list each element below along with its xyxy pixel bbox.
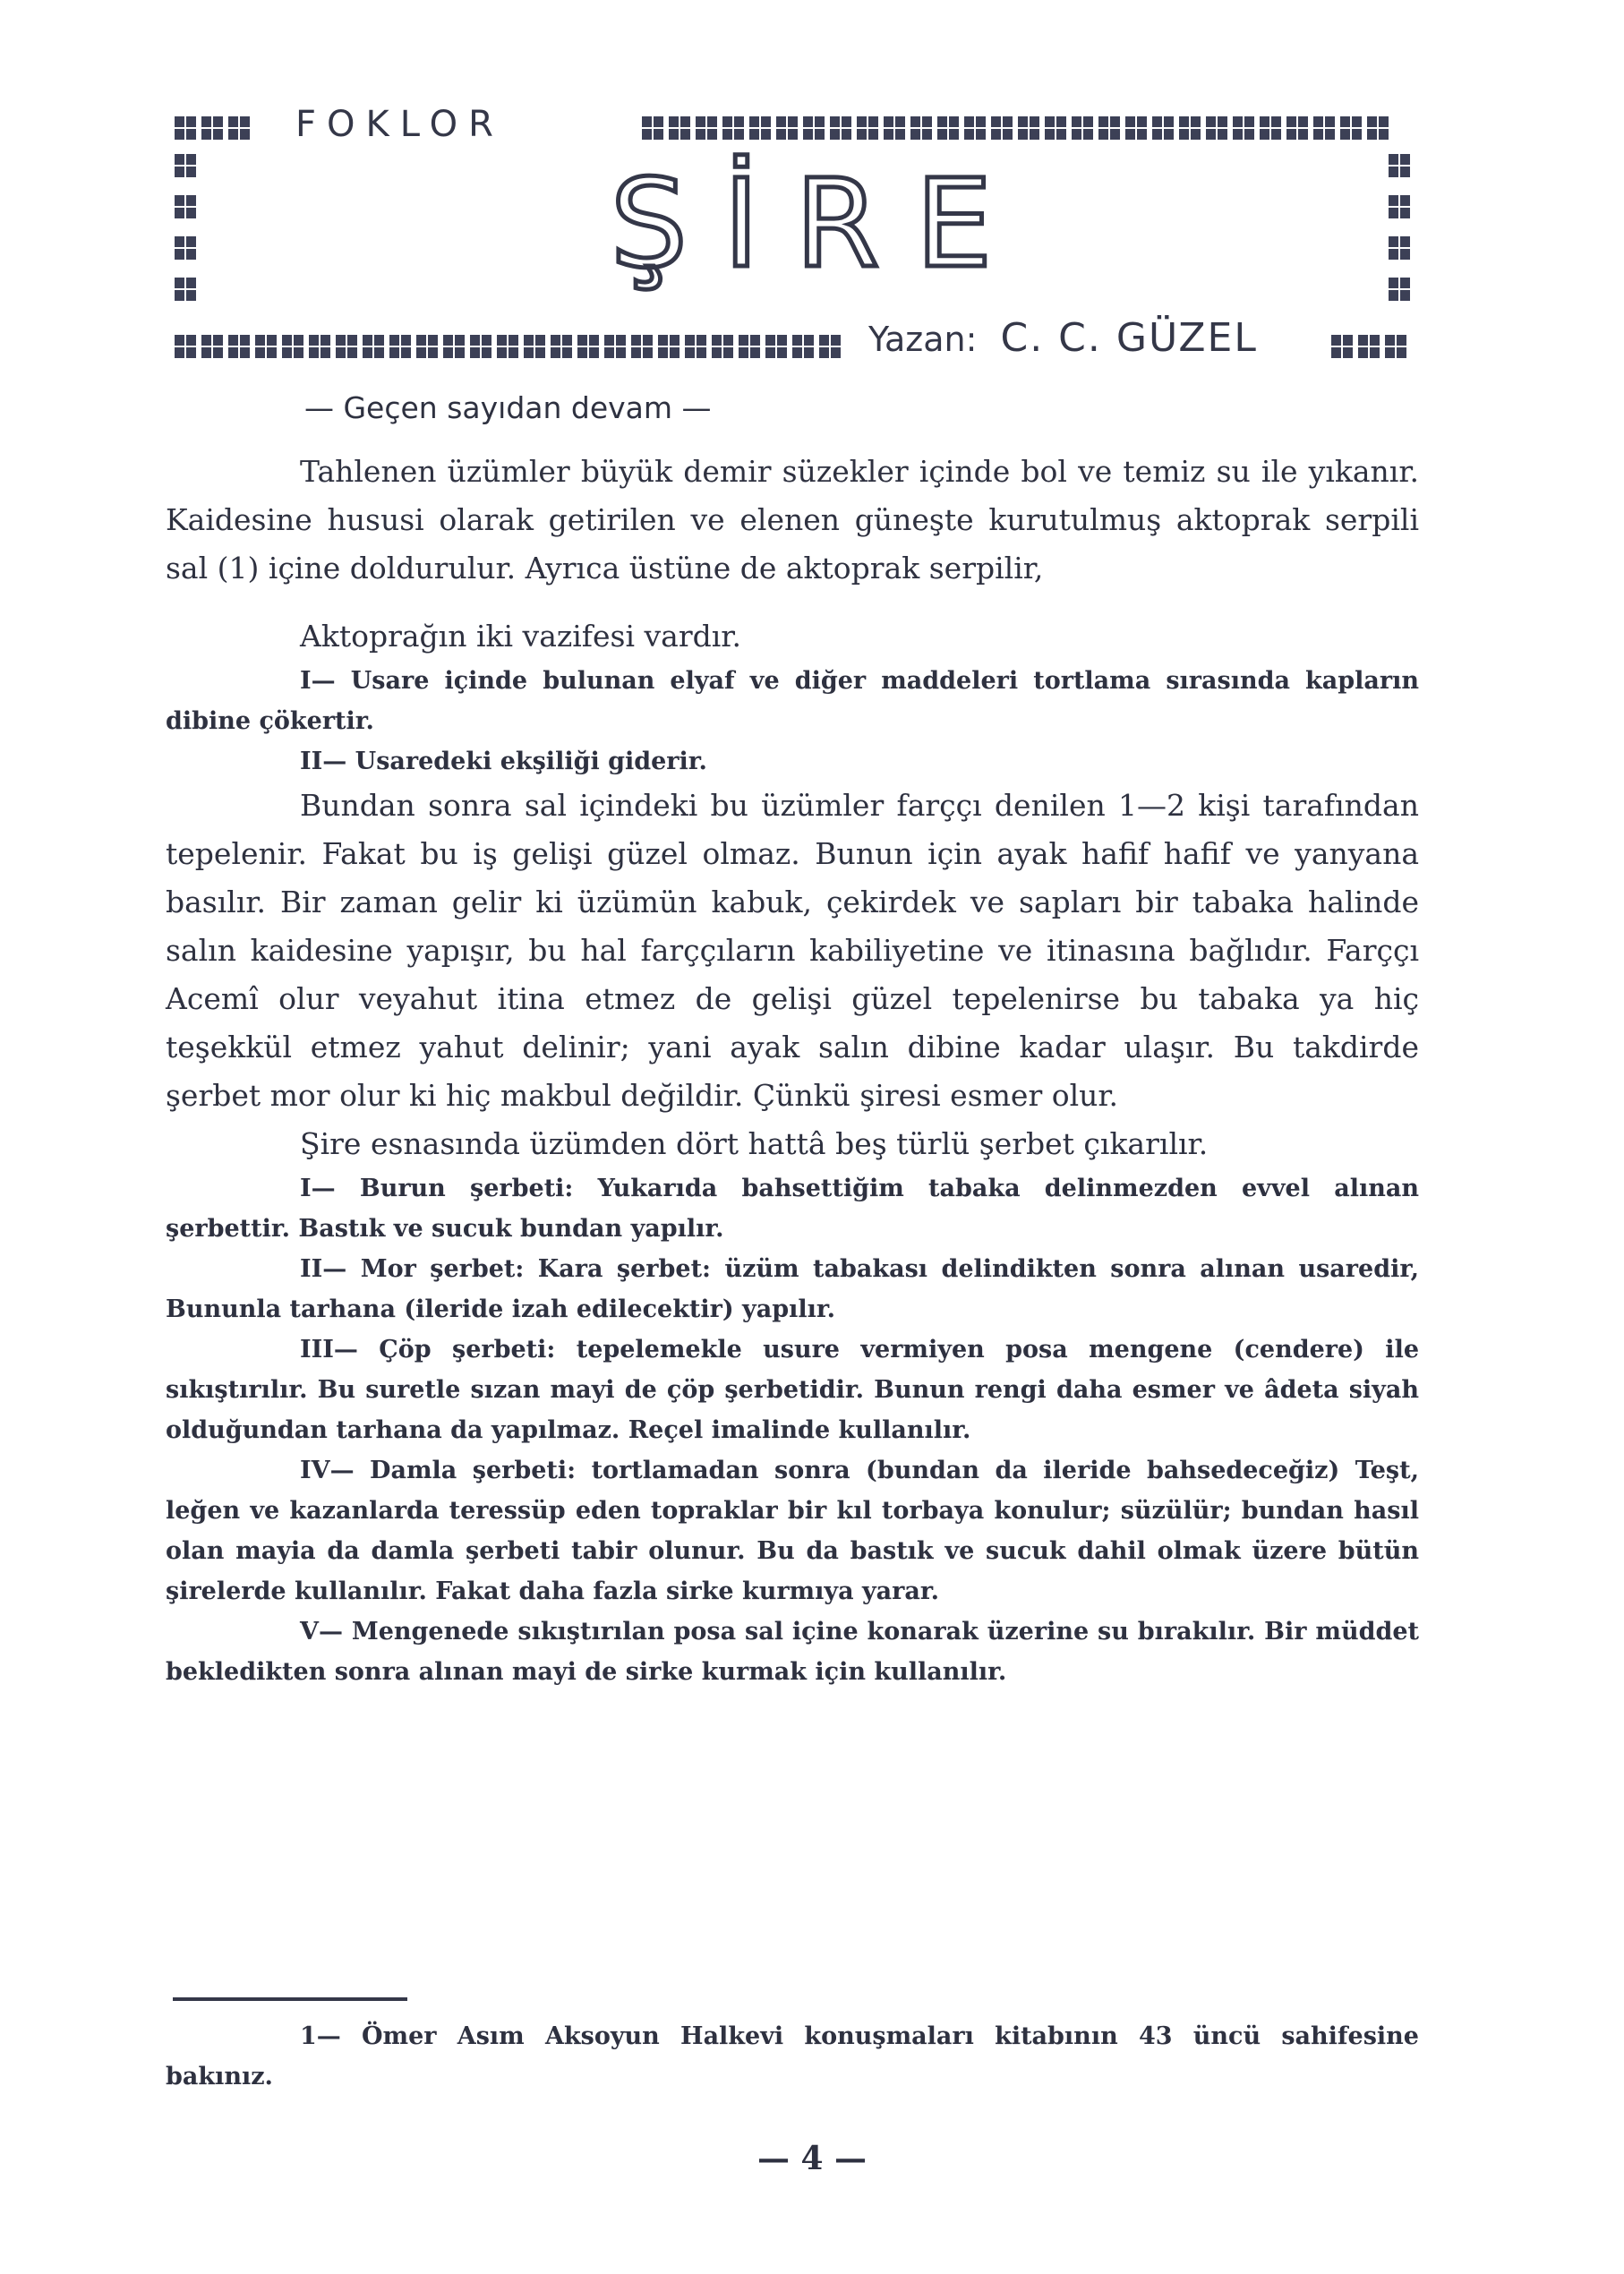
list-item: I— Usare içinde bulunan elyaf ve diğer m… [166,661,1419,741]
ornament-tile-icon [175,116,196,140]
ornament-tile-icon [696,116,717,140]
continuation-note: — Geçen sayıdan devam — [304,390,712,425]
ornament-border-top-right [642,116,1389,140]
ornament-tile-icon [722,116,744,140]
paragraph: Aktoprağın iki vazifesi vardır. [166,612,1419,661]
footnote-block: 1— Ömer Asım Aksoyun Halkevi konuşmaları… [166,2016,1419,2097]
ornament-tile-icon [1340,116,1362,140]
list-item: III— Çöp şerbeti: tepelemekle usure verm… [166,1329,1419,1450]
ornament-tile-icon [1358,335,1380,358]
ornament-tile-icon [1331,335,1353,358]
ornament-tile-icon [1206,116,1227,140]
author-name: C. C. GÜZEL [1000,315,1257,361]
list-item: IV— Damla şerbeti: tortlamadan sonra (bu… [166,1450,1419,1611]
ornament-tile-icon [792,335,814,358]
ornament-tile-icon [1098,116,1120,140]
list-item: V— Mengenede sıkıştırılan posa sal içine… [166,1611,1419,1692]
ornament-tile-icon [910,116,932,140]
ornament-tile-icon [497,335,518,358]
ornament-tile-icon [228,335,250,358]
list-item: II— Usaredeki ekşiliği giderir. [166,741,1419,782]
ornament-tile-icon [803,116,825,140]
ornament-tile-icon [175,335,196,358]
ornament-tile-icon [776,116,798,140]
ornament-tile-icon [1125,116,1147,140]
ornament-tile-icon [201,116,223,140]
ornament-tile-icon [937,116,959,140]
ornament-tile-icon [1260,116,1281,140]
ornament-tile-icon [964,116,986,140]
ornament-tile-icon [1367,116,1389,140]
ornament-tile-icon [669,116,690,140]
ornament-tile-icon [470,335,491,358]
list-item: II— Mor şerbet: Kara şerbet: üzüm tabaka… [166,1249,1419,1329]
header-frame: FOKLOR ŞİRE Yazan: C. C. GÜZEL [175,116,1410,365]
ornament-tile-icon [819,335,841,358]
ornament-tile-icon [1286,116,1308,140]
ornament-tile-icon [1313,116,1335,140]
paragraph: Bundan sonra sal içindeki bu üzümler far… [166,782,1419,1120]
byline-label: Yazan: [868,320,977,359]
ornament-border-bottom-left [175,335,841,358]
ornament-tile-icon [577,335,599,358]
ornament-tile-icon [1152,116,1174,140]
article-title: ŞİRE [175,154,1410,295]
ornament-tile-icon [642,116,663,140]
ornament-tile-icon [604,335,626,358]
ornament-tile-icon [1072,116,1093,140]
ornament-tile-icon [1045,116,1066,140]
ornament-tile-icon [884,116,905,140]
ornament-tile-icon [1018,116,1039,140]
ornament-tile-icon [991,116,1013,140]
ornament-tile-icon [416,335,438,358]
ornament-tile-icon [765,335,787,358]
ornament-tile-icon [255,335,277,358]
ornament-tile-icon [551,335,572,358]
footnote-divider [173,1997,407,2001]
section-label: FOKLOR [295,104,504,145]
ornament-tile-icon [830,116,851,140]
page-number: — 4 — [0,2140,1624,2177]
ornament-tile-icon [1179,116,1201,140]
ornament-tile-icon [363,335,384,358]
ornament-tile-icon [685,335,706,358]
ornament-tile-icon [658,335,680,358]
paragraph: Şire esnasında üzümden dört hattâ beş tü… [166,1120,1419,1168]
ornament-tile-icon [282,335,303,358]
ornament-tile-icon [389,335,411,358]
ornament-tile-icon [309,335,330,358]
paragraph: Tahlenen üzümler büyük demir süzekler iç… [166,448,1419,593]
ornament-tile-icon [524,335,545,358]
article-body: Tahlenen üzümler büyük demir süzekler iç… [166,448,1419,1692]
ornament-tile-icon [1233,116,1254,140]
ornament-tile-icon [712,335,733,358]
ornament-tile-icon [1385,335,1406,358]
ornament-tile-icon [336,335,357,358]
ornament-tile-icon [857,116,878,140]
ornament-tile-icon [749,116,771,140]
ornament-tile-icon [228,116,250,140]
list-item: I— Burun şerbeti: Yukarıda bahsettiğim t… [166,1168,1419,1249]
ornament-tile-icon [201,335,223,358]
footnote: 1— Ömer Asım Aksoyun Halkevi konuşmaları… [166,2016,1419,2097]
ornament-tile-icon [739,335,760,358]
ornament-border-top-left [175,116,250,140]
ornament-border-bottom-right [1331,335,1406,358]
byline: Yazan: C. C. GÜZEL [868,315,1258,361]
ornament-tile-icon [631,335,653,358]
ornament-tile-icon [443,335,465,358]
